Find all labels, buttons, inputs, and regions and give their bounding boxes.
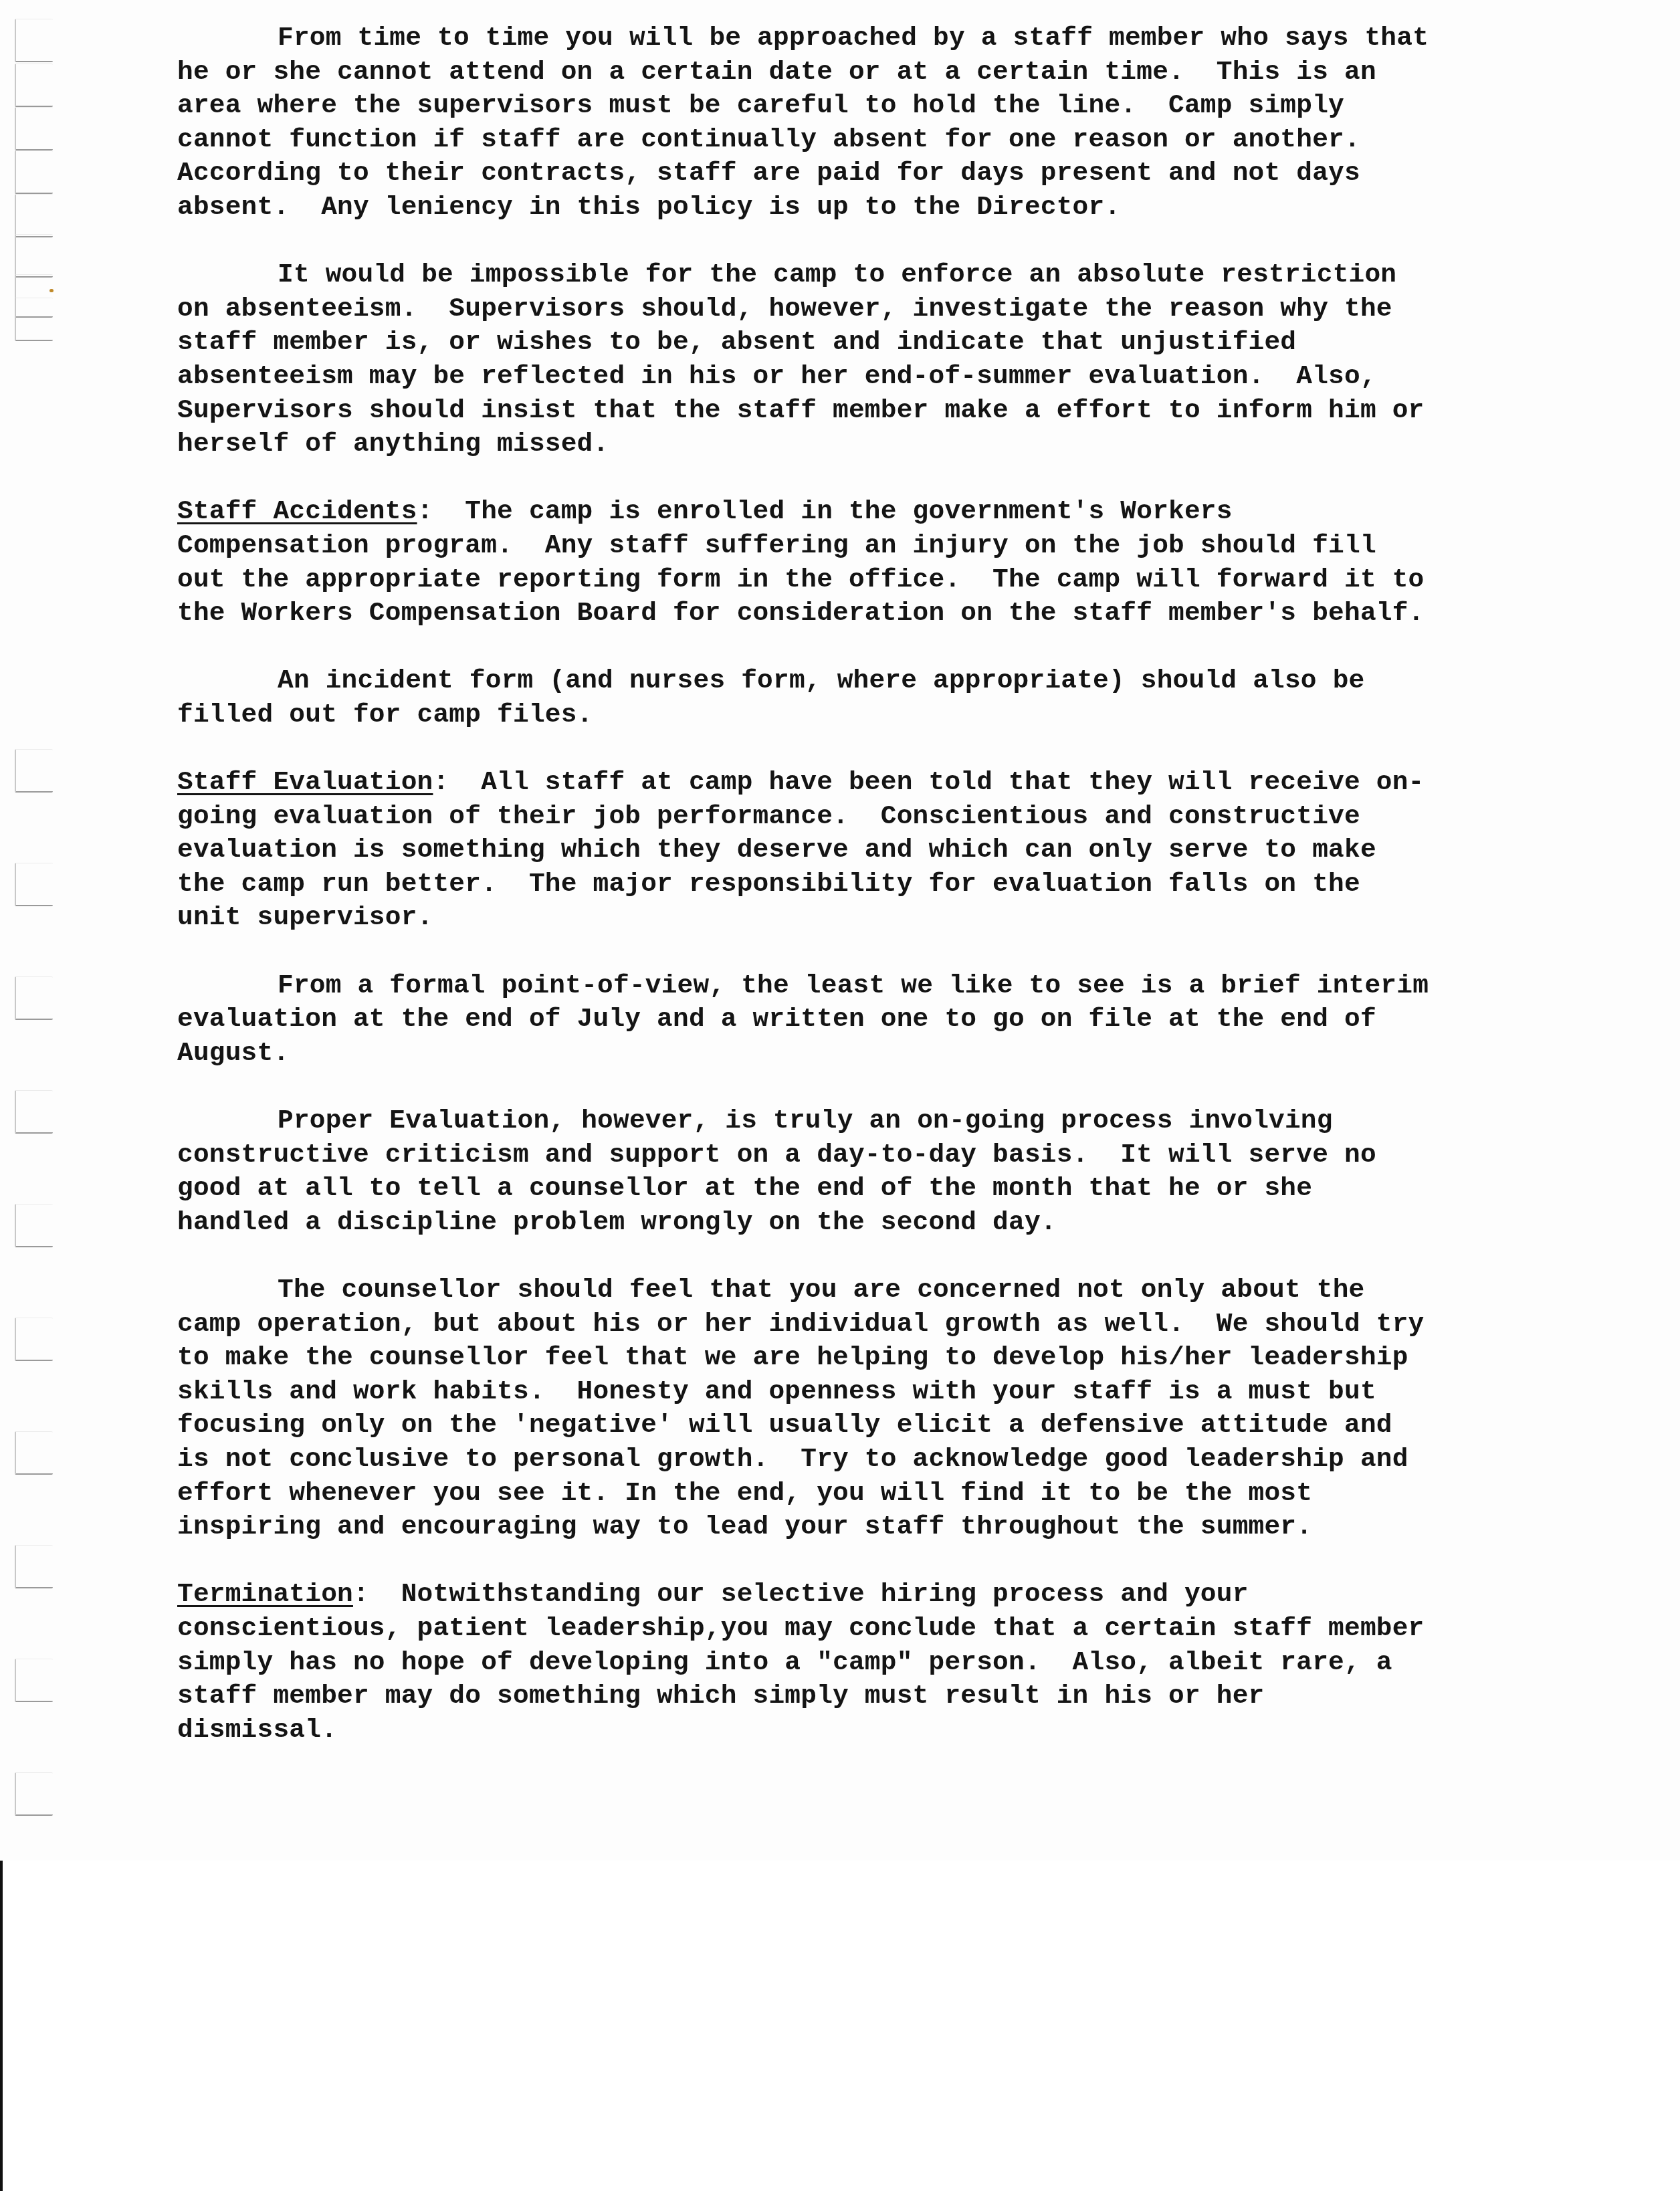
text-line: conscientious, patient leadership,you ma… (177, 1612, 1515, 1646)
text-line: out the appropriate reporting form in th… (177, 563, 1515, 597)
text-line: Termination: Notwithstanding our selecti… (177, 1578, 1515, 1612)
text-line: absenteeism may be reflected in his or h… (177, 360, 1515, 394)
text-line: constructive criticism and support on a … (177, 1138, 1515, 1172)
text-line: From time to time you will be approached… (177, 21, 1515, 56)
text-line: the Workers Compensation Board for consi… (177, 597, 1515, 631)
text-line: Staff Evaluation: All staff at camp have… (177, 766, 1515, 800)
text-line: An incident form (and nurses form, where… (177, 664, 1515, 698)
text-line-rest: : Notwithstanding our selective hiring p… (353, 1579, 1249, 1609)
text-line: the camp run better. The major responsib… (177, 867, 1515, 902)
text-line: going evaluation of their job performanc… (177, 800, 1515, 834)
text-line: The counsellor should feel that you are … (177, 1273, 1515, 1308)
paragraph: It would be impossible for the camp to e… (177, 258, 1515, 461)
binding-mark-icon (15, 107, 53, 150)
text-line: Staff Accidents: The camp is enrolled in… (177, 495, 1515, 529)
text-line: staff member is, or wishes to be, absent… (177, 326, 1515, 360)
binding-mark-icon (15, 1772, 53, 1816)
section-heading: Staff Accidents (177, 496, 417, 526)
binding-mark-icon (15, 1431, 53, 1475)
binding-mark-icon (15, 1318, 53, 1361)
text-line: According to their contracts, staff are … (177, 156, 1515, 191)
text-line: dismissal. (177, 1713, 1515, 1748)
binding-mark-icon (15, 298, 53, 341)
text-line: unit supervisor. (177, 901, 1515, 935)
paper-speck (49, 289, 54, 292)
section-paragraph: Staff Accidents: The camp is enrolled in… (177, 495, 1515, 630)
binding-mark-icon (15, 1545, 53, 1588)
paragraph: An incident form (and nurses form, where… (177, 664, 1515, 732)
scanned-page: From time to time you will be approached… (0, 0, 1680, 1861)
text-line: herself of anything missed. (177, 427, 1515, 461)
binding-mark-icon (15, 976, 53, 1020)
text-line: Compensation program. Any staff sufferin… (177, 529, 1515, 563)
text-line: evaluation at the end of July and a writ… (177, 1003, 1515, 1037)
text-line-rest: : The camp is enrolled in the government… (417, 496, 1233, 526)
paragraph: From a formal point-of-view, the least w… (177, 969, 1515, 1071)
section-heading: Staff Evaluation (177, 767, 433, 797)
paragraph: Proper Evaluation, however, is truly an … (177, 1104, 1515, 1239)
text-line: From a formal point-of-view, the least w… (177, 969, 1515, 1003)
section-paragraph: Termination: Notwithstanding our selecti… (177, 1578, 1515, 1747)
binding-mark-icon (15, 150, 53, 194)
binding-mark-icon (15, 19, 53, 62)
document-body: From time to time you will be approached… (177, 21, 1515, 1781)
text-line: simply has no hope of developing into a … (177, 1646, 1515, 1680)
text-line: It would be impossible for the camp to e… (177, 258, 1515, 292)
text-line: inspiring and encouraging way to lead yo… (177, 1510, 1515, 1544)
section-heading: Termination (177, 1579, 353, 1609)
text-line: to make the counsellor feel that we are … (177, 1341, 1515, 1375)
text-line: he or she cannot attend on a certain dat… (177, 56, 1515, 90)
text-line: cannot function if staff are continually… (177, 123, 1515, 157)
text-line: is not conclusive to personal growth. Tr… (177, 1443, 1515, 1477)
binding-mark-icon (15, 194, 53, 237)
binding-mark-icon (15, 1204, 53, 1247)
text-line: Supervisors should insist that the staff… (177, 394, 1515, 428)
text-line: handled a discipline problem wrongly on … (177, 1206, 1515, 1240)
binding-mark-icon (15, 749, 53, 793)
text-line: focusing only on the 'negative' will usu… (177, 1408, 1515, 1443)
section-paragraph: Staff Evaluation: All staff at camp have… (177, 766, 1515, 935)
text-line: staff member may do something which simp… (177, 1679, 1515, 1713)
text-line: filled out for camp files. (177, 698, 1515, 732)
text-line: good at all to tell a counsellor at the … (177, 1172, 1515, 1206)
binding-mark-icon (15, 1090, 53, 1134)
text-line: camp operation, but about his or her ind… (177, 1308, 1515, 1342)
binding-mark-icon (15, 64, 53, 107)
binding-mark-icon (15, 1659, 53, 1702)
text-line: absent. Any leniency in this policy is u… (177, 191, 1515, 225)
binding-mark-icon (15, 863, 53, 906)
text-line: on absenteeism. Supervisors should, howe… (177, 292, 1515, 326)
binding-mark-icon (15, 234, 53, 278)
text-line: area where the supervisors must be caref… (177, 89, 1515, 123)
text-line: effort whenever you see it. In the end, … (177, 1477, 1515, 1511)
text-line-rest: : All staff at camp have been told that … (433, 767, 1424, 797)
paragraph: The counsellor should feel that you are … (177, 1273, 1515, 1544)
paragraph: From time to time you will be approached… (177, 21, 1515, 225)
text-line: skills and work habits. Honesty and open… (177, 1375, 1515, 1409)
text-line: August. (177, 1037, 1515, 1071)
scan-bottom-margin (0, 1861, 1680, 2191)
text-line: Proper Evaluation, however, is truly an … (177, 1104, 1515, 1138)
text-line: evaluation is something which they deser… (177, 833, 1515, 867)
